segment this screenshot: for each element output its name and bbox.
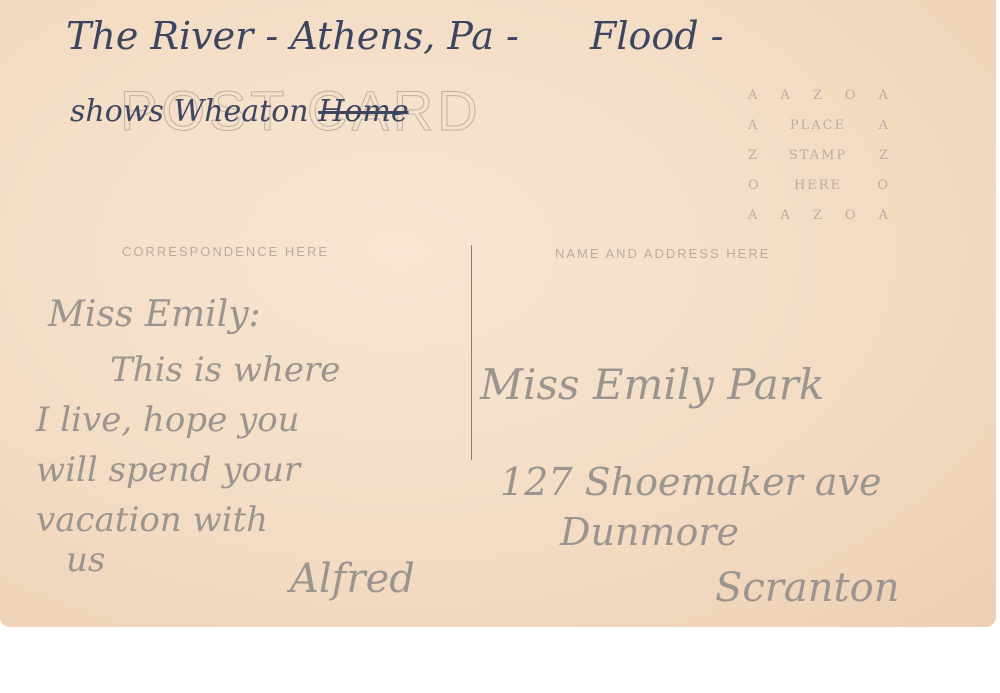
stamp-line-stamp: Z STAMP Z — [748, 140, 888, 170]
stamp-glyph: O — [877, 178, 888, 193]
caption-line-2: shows Wheaton Home — [70, 94, 409, 129]
stamp-glyph: Z — [813, 208, 822, 223]
message-line: This is where — [110, 350, 340, 390]
stamp-text: STAMP — [757, 148, 879, 163]
stamp-glyph: Z — [879, 148, 888, 163]
caption-line-2-text: shows Wheaton — [70, 94, 309, 129]
stamp-text: PLACE — [757, 118, 878, 133]
message-line: vacation with — [36, 500, 268, 540]
correspondence-heading: CORRESPONDENCE HERE — [122, 244, 329, 259]
caption-flood: Flood - — [590, 14, 724, 58]
stamp-glyph: A — [879, 88, 888, 103]
address-street: 127 Shoemaker ave — [500, 460, 882, 504]
stamp-text: HERE — [759, 178, 878, 193]
stamp-line-here: O HERE O — [748, 170, 888, 200]
stamp-glyph: A — [748, 118, 757, 133]
stamp-glyph: O — [748, 178, 759, 193]
stamp-glyph: Z — [813, 88, 822, 103]
stamp-glyph: A — [748, 88, 757, 103]
postcard-back: POST CARD The River - Athens, Pa - Flood… — [0, 0, 996, 627]
address-name: Miss Emily Park — [480, 360, 824, 409]
stamp-line-place: A PLACE A — [748, 110, 888, 140]
caption-struck-word: Home — [318, 94, 408, 129]
address-heading: NAME AND ADDRESS HERE — [555, 246, 770, 261]
stamp-box: A A Z O A A PLACE A Z STAMP Z O HERE O A… — [748, 80, 888, 230]
stamp-glyph: O — [845, 208, 856, 223]
address-city: Scranton — [715, 565, 899, 611]
address-locality: Dunmore — [560, 510, 739, 554]
message-line: will spend your — [36, 450, 300, 490]
caption-line-1: The River - Athens, Pa - — [66, 14, 519, 58]
stamp-glyph: A — [879, 208, 888, 223]
stamp-glyph: A — [780, 208, 789, 223]
stamp-border-top: A A Z O A — [748, 80, 888, 110]
stamp-glyph: A — [780, 88, 789, 103]
stamp-border-bottom: A A Z O A — [748, 200, 888, 230]
message-line: I live, hope you — [36, 400, 300, 440]
center-divider — [471, 245, 472, 460]
stamp-glyph: A — [879, 118, 888, 133]
message-line: us — [66, 540, 105, 580]
stamp-glyph: Z — [748, 148, 757, 163]
stamp-glyph: O — [845, 88, 856, 103]
stamp-glyph: A — [748, 208, 757, 223]
message-salutation: Miss Emily: — [48, 294, 261, 335]
message-signature: Alfred — [290, 556, 415, 602]
